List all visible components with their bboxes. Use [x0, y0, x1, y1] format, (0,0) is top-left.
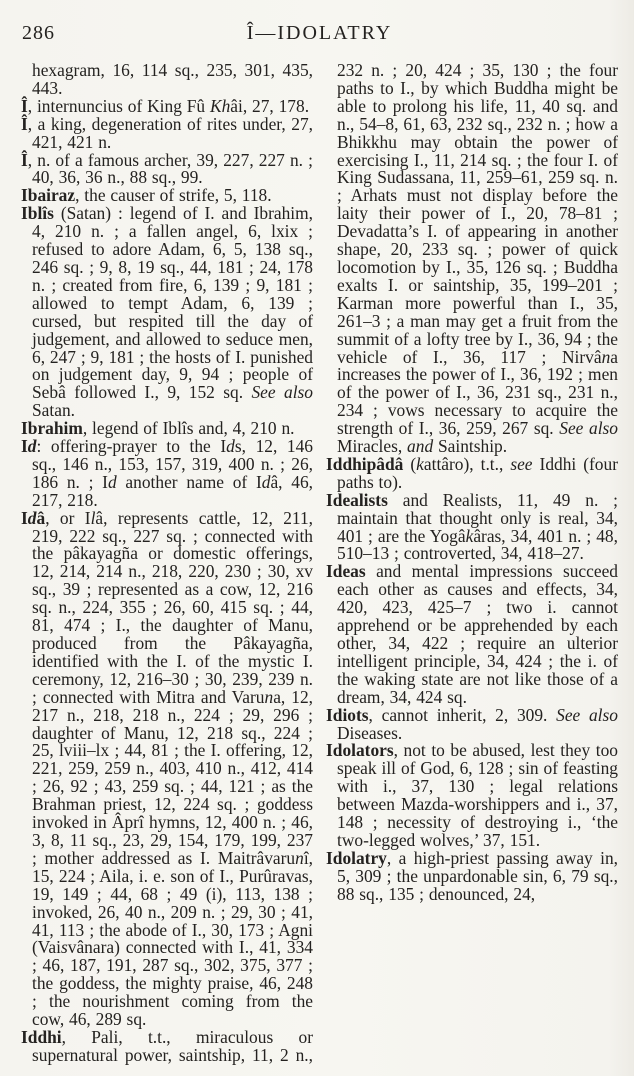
index-entry: Idolators, not to be abused, lest they t… [326, 742, 618, 849]
index-entry: Idealists and Realists, 11, 49 n. ; main… [326, 492, 618, 564]
index-entry: Id: offering-prayer to the Ids, 12, 146 … [21, 438, 313, 510]
text-segment: hexagram, 16, 114 sq., 235, 301, 435, 44… [32, 62, 313, 98]
text-segment: a, 12, 217 n., 218, 218 n., 224 ; 29, 29… [32, 687, 313, 868]
index-entry: Idolatry, a high-priest passing away in,… [326, 850, 618, 904]
text-segment: see [510, 454, 532, 474]
text-segment: k [416, 454, 424, 474]
entry-headword: Î [21, 114, 28, 134]
index-entry: Iddhipâdâ (kattâro), t.t., see Iddhi (fo… [326, 456, 618, 492]
entry-headword: I [21, 436, 28, 456]
book-page: 286 Î—IDOLATRY hexagram, 16, 114 sq., 23… [0, 0, 634, 1076]
entry-headword: Î [21, 150, 28, 170]
text-segment: (Satan) : legend of I. and Ibrahim, 4, 2… [32, 203, 313, 402]
index-entry: Iblîs (Satan) : legend of I. and Ibrahim… [21, 205, 313, 420]
index-entry: Ideas and mental impressions succeed eac… [326, 563, 618, 706]
index-entry: Î, n. of a famous archer, 39, 227, 227 n… [21, 152, 313, 188]
text-segment: , a king, degeneration of rites under, 2… [28, 114, 313, 152]
index-entry-continuation: hexagram, 16, 114 sq., 235, 301, 435, 44… [21, 62, 313, 98]
running-head: Î—IDOLATRY [21, 22, 618, 45]
entry-headword: I [21, 508, 28, 528]
text-segment: â, represents cattle, 12, 211, 219, 222 … [32, 508, 313, 707]
text-segment: vânara) connected with I., 41, 334 ; 46,… [32, 937, 313, 1029]
index-entry: Î, a king, degeneration of rites under, … [21, 116, 313, 152]
text-segment: ( [403, 454, 416, 474]
page-header: 286 Î—IDOLATRY [21, 22, 618, 48]
text-segment: and mental impressions succeed each othe… [337, 561, 618, 706]
text-segment: d [108, 472, 117, 492]
text-segment: another name of I [117, 472, 262, 492]
text-segment: attâro), t.t., [424, 454, 510, 474]
index-text-columns: hexagram, 16, 114 sq., 235, 301, 435, 44… [21, 62, 618, 1074]
text-segment: See also [556, 705, 618, 725]
index-entry: Idiots, cannot inherit, 2, 309. See also… [326, 707, 618, 743]
text-segment: See also [559, 418, 618, 438]
index-entry: Idâ, or Ilâ, represents cattle, 12, 211,… [21, 510, 313, 1029]
text-segment: See also [251, 382, 313, 402]
text-segment: , n. of a famous archer, 39, 227, 227 n.… [28, 150, 313, 188]
